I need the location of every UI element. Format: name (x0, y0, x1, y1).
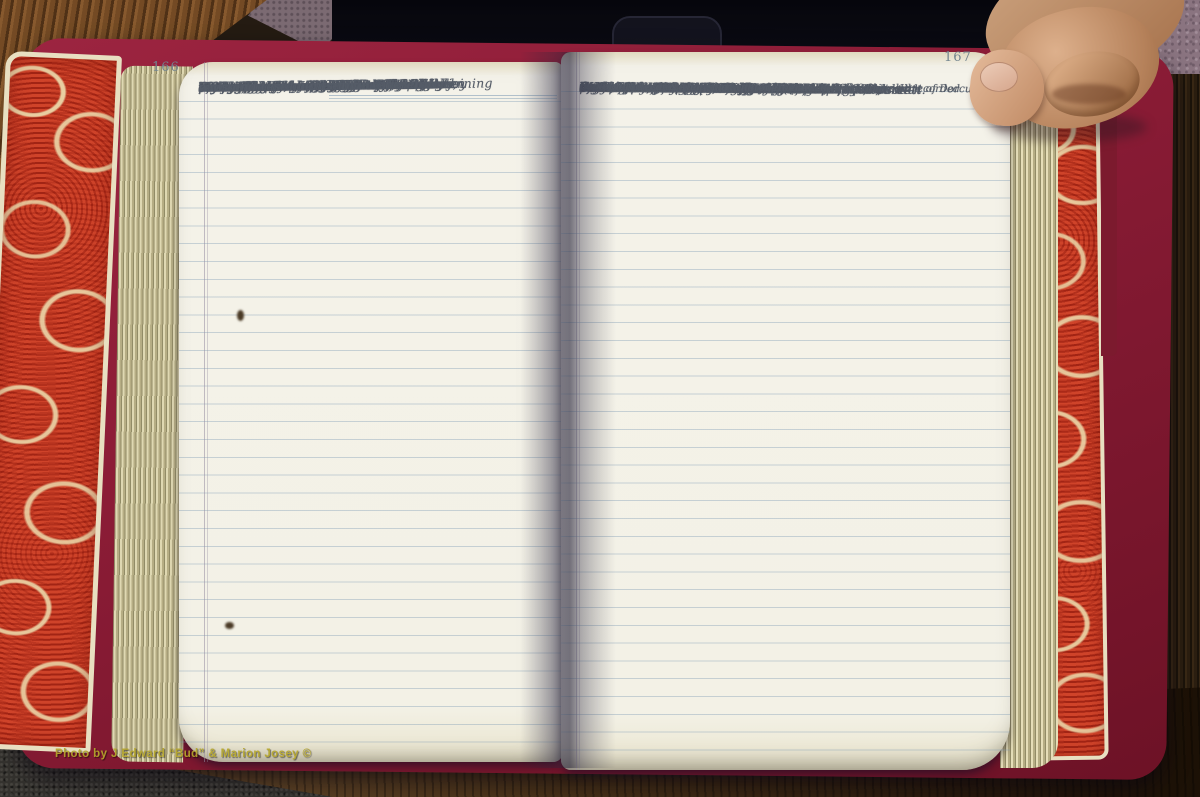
handwritten-line: wills and testaments, by me heretofore (198, 75, 454, 96)
finger-crease (1052, 84, 1126, 104)
photo-of-open-ledger: North Carolina —}Rutherford County. } I … (0, 0, 1200, 797)
thumb-nail (980, 62, 1018, 92)
handwriting-left-page: North Carolina —}Rutherford County. } I … (198, 74, 565, 745)
handwriting-right-page: made. In witness hereof, I the DorcusC. … (575, 79, 1012, 770)
handwritten-line: C. Noblett decd, & that said will togeth… (579, 79, 960, 99)
page-number-right: 167 (944, 50, 972, 65)
page-number-left: 166 (152, 60, 180, 75)
photographer-watermark: Photo by J Edward “Bud” & Marion Josey © (55, 748, 311, 760)
